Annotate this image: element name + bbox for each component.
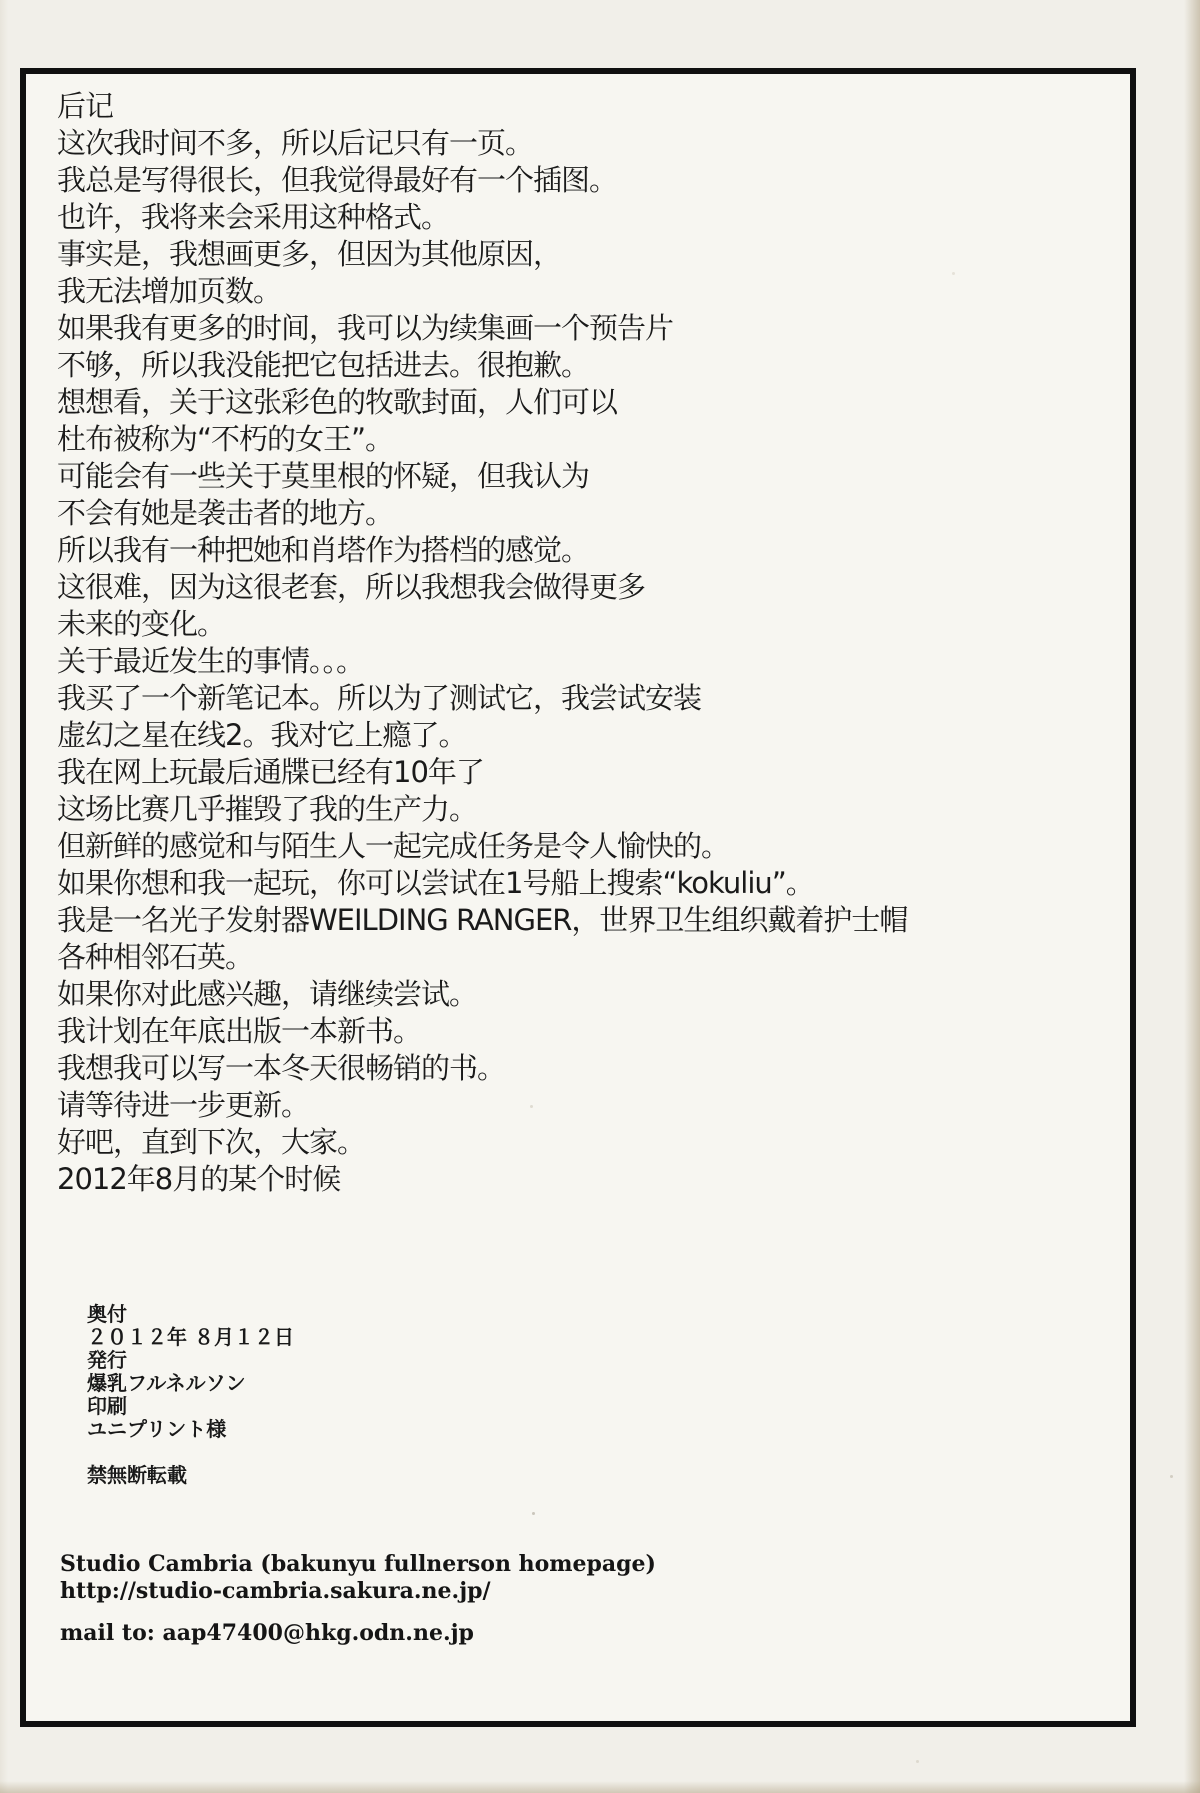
afterword-line: 如果你想和我一起玩，你可以尝试在1号船上搜索“kokuliu”。 <box>57 865 1077 902</box>
afterword-line: 我在网上玩最后通牒已经有10年了 <box>57 754 1077 791</box>
page-border-frame: 后记 这次我时间不多，所以后记只有一页。我总是写得很长，但我觉得最好有一个插图。… <box>20 68 1136 1727</box>
colophon-line: 印刷 <box>87 1395 294 1418</box>
afterword-line: 可能会有一些关于莫里根的怀疑，但我认为 <box>57 458 1077 495</box>
afterword-text-block: 后记 这次我时间不多，所以后记只有一页。我总是写得很长，但我觉得最好有一个插图。… <box>57 88 1077 1198</box>
afterword-body: 这次我时间不多，所以后记只有一页。我总是写得很长，但我觉得最好有一个插图。也许，… <box>57 125 1077 1198</box>
homepage-url: http://studio-cambria.sakura.ne.jp/ <box>60 1578 656 1605</box>
afterword-line: 2012年8月的某个时候 <box>57 1161 1077 1198</box>
afterword-line: 我总是写得很长，但我觉得最好有一个插图。 <box>57 162 1077 199</box>
afterword-line: 好吧，直到下次，大家。 <box>57 1124 1077 1161</box>
scan-dust-specks <box>532 1512 535 1515</box>
colophon-line: 発行 <box>87 1349 294 1372</box>
reprint-prohibited-notice: 禁無断転載 <box>87 1459 187 1488</box>
afterword-line: 不会有她是袭击者的地方。 <box>57 495 1077 532</box>
afterword-line: 但新鲜的感觉和与陌生人一起完成任务是令人愉快的。 <box>57 828 1077 865</box>
colophon-line: 爆乳フルネルソン <box>87 1372 294 1395</box>
afterword-line: 各种相邻石英。 <box>57 939 1077 976</box>
afterword-line: 杜布被称为“不朽的女王”。 <box>57 421 1077 458</box>
afterword-line: 想想看，关于这张彩色的牧歌封面，人们可以 <box>57 384 1077 421</box>
colophon-line: ユニプリント様 <box>87 1418 294 1441</box>
studio-name-line: Studio Cambria (bakunyu fullnerson homep… <box>60 1551 656 1578</box>
afterword-line: 我买了一个新笔记本。所以为了测试它，我尝试安装 <box>57 680 1077 717</box>
colophon-line: ２０１２年 ８月１２日 <box>87 1326 294 1349</box>
afterword-line: 如果我有更多的时间，我可以为续集画一个预告片 <box>57 310 1077 347</box>
afterword-line: 这场比赛几乎摧毁了我的生产力。 <box>57 791 1077 828</box>
afterword-title: 后记 <box>57 88 1077 125</box>
afterword-line: 关于最近发生的事情。。。 <box>57 643 1077 680</box>
colophon-line: 奥付 <box>87 1303 294 1326</box>
afterword-line: 未来的变化。 <box>57 606 1077 643</box>
mail-address: mail to: aap47400@hkg.odn.ne.jp <box>60 1620 656 1647</box>
colophon-block: 奥付２０１２年 ８月１２日発行爆乳フルネルソン印刷ユニプリント様 <box>87 1303 294 1441</box>
afterword-line: 我计划在年底出版一本新书。 <box>57 1013 1077 1050</box>
afterword-line: 这次我时间不多，所以后记只有一页。 <box>57 125 1077 162</box>
afterword-line: 如果你对此感兴趣，请继续尝试。 <box>57 976 1077 1013</box>
afterword-line: 不够，所以我没能把它包括进去。很抱歉。 <box>57 347 1077 384</box>
afterword-line: 也许，我将来会采用这种格式。 <box>57 199 1077 236</box>
afterword-line: 我是一名光子发射器WEILDING RANGER，世界卫生组织戴着护士帽 <box>57 902 1077 939</box>
afterword-line: 请等待进一步更新。 <box>57 1087 1077 1124</box>
afterword-line: 虚幻之星在线2。我对它上瘾了。 <box>57 717 1077 754</box>
afterword-line: 这很难，因为这很老套，所以我想我会做得更多 <box>57 569 1077 606</box>
afterword-line: 所以我有一种把她和肖塔作为搭档的感觉。 <box>57 532 1077 569</box>
afterword-line: 我无法增加页数。 <box>57 273 1077 310</box>
afterword-line: 我想我可以写一本冬天很畅销的书。 <box>57 1050 1077 1087</box>
afterword-line: 事实是，我想画更多，但因为其他原因， <box>57 236 1077 273</box>
contact-block: Studio Cambria (bakunyu fullnerson homep… <box>60 1551 656 1647</box>
